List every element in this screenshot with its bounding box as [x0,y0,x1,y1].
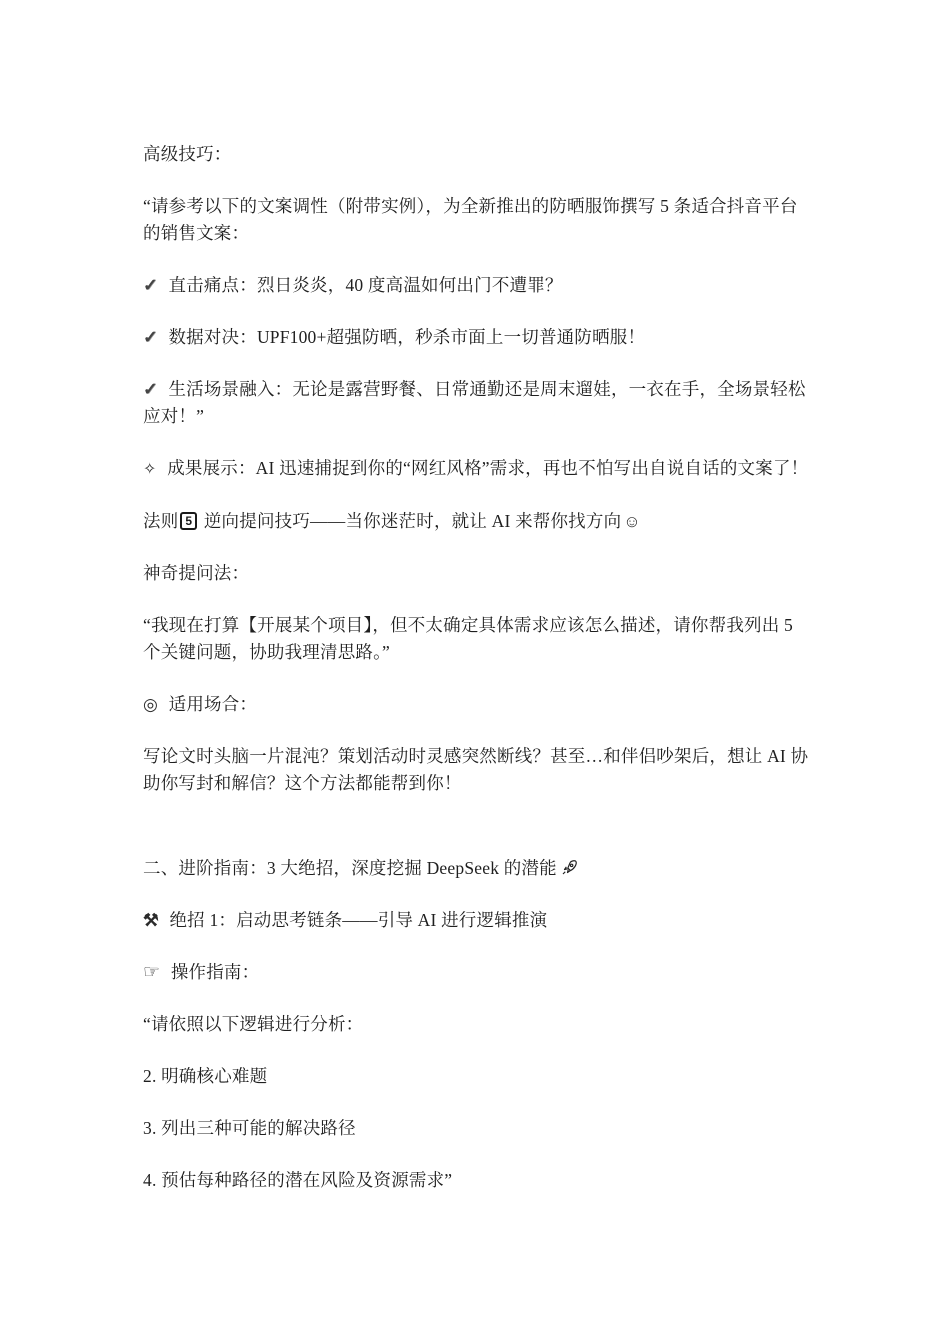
magic-question-prompt-paragraph: “我现在打算【开展某个项目】，但不太确定具体需求应该怎么描述，请你帮我列出 5 … [143,612,813,666]
logic-step-4-text: 4. 预估每种路径的潜在风险及资源需求” [143,1170,452,1190]
life-scene-text: 生活场景融入：无论是露营野餐、日常通勤还是周末遛娃，一衣在手，全场景轻松应对！” [143,379,806,426]
dizzy-face-icon: ☺ [623,508,641,535]
check-icon: ✓ [143,272,158,299]
sparkles-icon: ✧ [143,456,157,483]
magic-question-heading: 神奇提问法： [143,560,813,587]
rule5-heading: 法则5 逆向提问技巧——当你迷茫时，就让 AI 来帮你找方向☺ [143,508,813,535]
copywriting-prompt-text: “请参考以下的文案调性（附带实例），为全新推出的防晒服饰撰写 5 条适合抖音平台… [143,196,798,243]
logic-step-2-text: 2. 明确核心难题 [143,1066,267,1086]
applicable-body-text: 写论文时头脑一片混沌？策划活动时灵感突然断线？甚至…和伴侣吵架后，想让 AI 协… [143,746,808,793]
applicable-label: 适用场合： [169,694,258,714]
trick1-heading-text: 绝招 1：启动思考链条——引导 AI 进行逻辑推演 [169,910,547,930]
check-icon: ✓ [143,324,158,351]
logic-step-3: 3. 列出三种可能的解决路径 [143,1115,813,1142]
pain-point-text: 直击痛点：烈日炎炎，40 度高温如何出门不遭罪？ [168,275,562,295]
logic-step-3-text: 3. 列出三种可能的解决路径 [143,1118,356,1138]
pointing-hand-icon: ☞ [143,959,160,986]
hammer-wrench-icon: ⚒ [143,907,159,934]
magic-question-label: 神奇提问法： [143,563,249,583]
document-page: 高级技巧： “请参考以下的文案调性（附带实例），为全新推出的防晒服饰撰写 5 条… [0,0,950,1344]
document-body: 高级技巧： “请参考以下的文案调性（附带实例），为全新推出的防晒服饰撰写 5 条… [143,141,813,1219]
logic-step-4: 4. 预估每种路径的潜在风险及资源需求” [143,1167,813,1194]
logic-step-2: 2. 明确核心难题 [143,1063,813,1090]
result-showcase-paragraph: ✧ 成果展示：AI 迅速捕捉到你的“网红风格”需求，再也不怕写出自说自话的文案了… [143,455,813,483]
trick1-heading: ⚒ 绝招 1：启动思考链条——引导 AI 进行逻辑推演 [143,907,813,934]
section2-heading-text: 二、进阶指南：3 大绝招，深度挖掘 DeepSeek 的潜能 [143,858,557,878]
copywriting-prompt-paragraph: “请参考以下的文案调性（附带实例），为全新推出的防晒服饰撰写 5 条适合抖音平台… [143,193,813,247]
operation-guide-label: 操作指南： [171,962,260,982]
rule5-prefix-text: 法则 [143,511,178,531]
data-duel-bullet: ✓ 数据对决：UPF100+超强防晒，秒杀市面上一切普通防晒服！ [143,324,813,351]
advanced-tips-label: 高级技巧： [143,144,232,164]
section2-heading: 二、进阶指南：3 大绝招，深度挖掘 DeepSeek 的潜能 [143,855,813,882]
logic-prompt-intro-text: “请依照以下逻辑进行分析： [143,1014,363,1034]
applicable-body-paragraph: 写论文时头脑一片混沌？策划活动时灵感突然断线？甚至…和伴侣吵架后，想让 AI 协… [143,743,813,797]
rule5-title-text: 逆向提问技巧——当你迷茫时，就让 AI 来帮你找方向 [204,511,621,531]
data-duel-text: 数据对决：UPF100+超强防晒，秒杀市面上一切普通防晒服！ [168,327,645,347]
pain-point-bullet: ✓ 直击痛点：烈日炎炎，40 度高温如何出门不遭罪？ [143,272,813,299]
rocket-icon [560,858,578,876]
operation-guide-heading: ☞ 操作指南： [143,959,813,986]
check-icon: ✓ [143,376,158,403]
life-scene-bullet: ✓ 生活场景融入：无论是露营野餐、日常通勤还是周末遛娃，一衣在手，全场景轻松应对… [143,376,813,430]
result-showcase-text: 成果展示：AI 迅速捕捉到你的“网红风格”需求，再也不怕写出自说自话的文案了！ [167,458,808,478]
advanced-tips-heading: 高级技巧： [143,141,813,168]
applicable-heading: ◎ 适用场合： [143,691,813,718]
magic-question-prompt-text: “我现在打算【开展某个项目】，但不太确定具体需求应该怎么描述，请你帮我列出 5 … [143,615,793,662]
logic-prompt-intro-paragraph: “请依照以下逻辑进行分析： [143,1011,813,1038]
keycap-5-icon: 5 [180,512,197,530]
target-icon: ◎ [143,691,158,718]
